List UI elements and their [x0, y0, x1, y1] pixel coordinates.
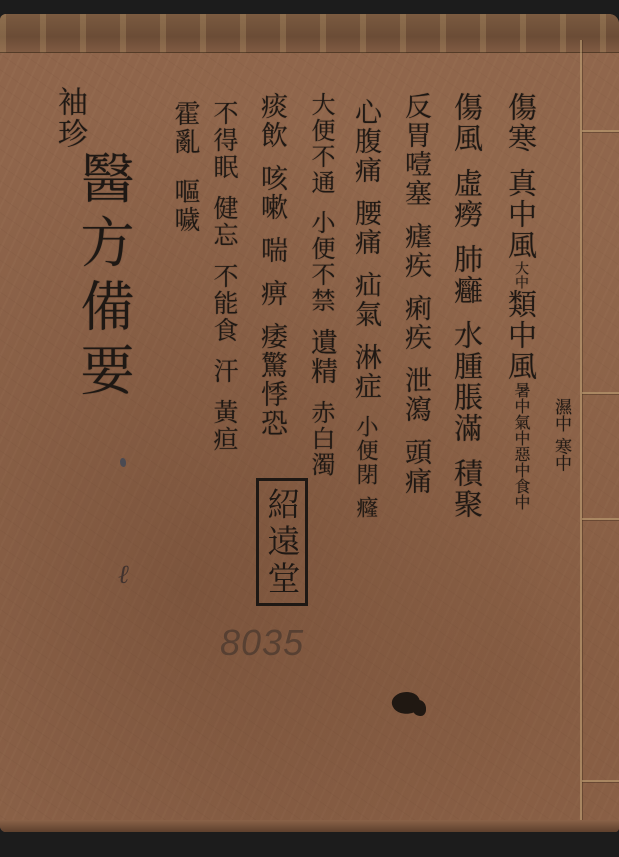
contents-column-5: 大便不通小便不禁遺精赤白濁 — [308, 92, 335, 478]
entry: 泄瀉 — [400, 366, 431, 424]
entry: 心腹痛 — [350, 98, 381, 185]
entry: 赤白濁 — [307, 400, 335, 478]
ink-stain — [412, 700, 426, 716]
entry: 汗 — [210, 358, 239, 385]
annotation: 暑中氣中惡中食中 — [512, 382, 531, 510]
entry: 嘔噦 — [170, 178, 200, 234]
contents-column-1: 傷寒真中風大中類中風暑中氣中惡中食中 — [506, 92, 535, 510]
binding-thread — [580, 40, 582, 820]
pencil-mark: ℓ — [118, 560, 129, 590]
cover-top-edge — [0, 14, 619, 53]
entry: 瘧疾 — [400, 222, 431, 280]
entry: 反胃噎塞 — [400, 92, 431, 208]
entry: 大便不通 — [307, 92, 335, 196]
entry: 遺精 — [306, 328, 337, 386]
entry: 積聚 — [450, 458, 484, 520]
contents-column-8: 霍亂嘔噦 — [172, 100, 198, 234]
title-prefix: 袖珍 — [54, 86, 84, 150]
book-title: 醫方備要 — [76, 150, 130, 406]
entry: 淋症 — [350, 343, 381, 401]
entry: 痹 — [256, 279, 287, 308]
entry: 類中風 — [504, 289, 538, 382]
catalog-number: 8035 — [220, 622, 304, 664]
entry: 痰飲 — [256, 92, 287, 150]
binding-stitch — [582, 518, 619, 520]
contents-column-3: 反胃噎塞瘧疾痢疾泄瀉頭痛 — [402, 92, 429, 496]
collector-seal: 紹遠堂 — [256, 478, 308, 606]
binding-stitch — [582, 130, 619, 132]
entry: 頭痛 — [400, 438, 431, 496]
entry: 小便不禁 — [307, 210, 335, 314]
binding-stitch — [582, 392, 619, 394]
entry: 咳嗽 — [256, 164, 287, 222]
entry: 喘 — [256, 236, 287, 265]
entry: 疝氣 — [350, 271, 381, 329]
entry: 肺癰 — [450, 244, 484, 306]
entry: 傷寒 — [504, 92, 538, 154]
annotation: 大中 — [513, 261, 529, 289]
entry: 虛癆 — [450, 168, 484, 230]
entry: 不能食 — [210, 263, 239, 344]
entry: 真中風 — [504, 168, 538, 261]
entry: 黃疸 — [210, 399, 239, 453]
contents-column-2: 傷風虛癆肺癰水腫脹滿積聚 — [452, 92, 481, 520]
entry: 痢疾 — [400, 294, 431, 352]
entry: 驚悸恐 — [256, 351, 287, 438]
entry: 不得眠 — [210, 100, 239, 181]
contents-column-6: 痰飲咳嗽喘痹痿驚悸恐 — [258, 92, 285, 438]
entry: 健忘 — [210, 195, 239, 249]
cover-bottom-edge — [0, 820, 619, 832]
entry: 腰痛 — [350, 199, 381, 257]
entry: 小便閉 癃 — [353, 415, 378, 520]
binding-stitch — [582, 780, 619, 782]
ink-spot — [120, 458, 126, 467]
contents-column-7: 不得眠健忘不能食汗黃疸 — [212, 100, 237, 453]
contents-column-4: 心腹痛腰痛疝氣淋症小便閉 癃 — [352, 98, 379, 520]
side-note: 濕中 寒中 — [552, 398, 569, 471]
entry: 傷風 — [450, 92, 484, 154]
entry: 水腫脹滿 — [450, 320, 484, 444]
entry: 痿 — [256, 322, 287, 351]
entry: 霍亂 — [170, 100, 200, 156]
